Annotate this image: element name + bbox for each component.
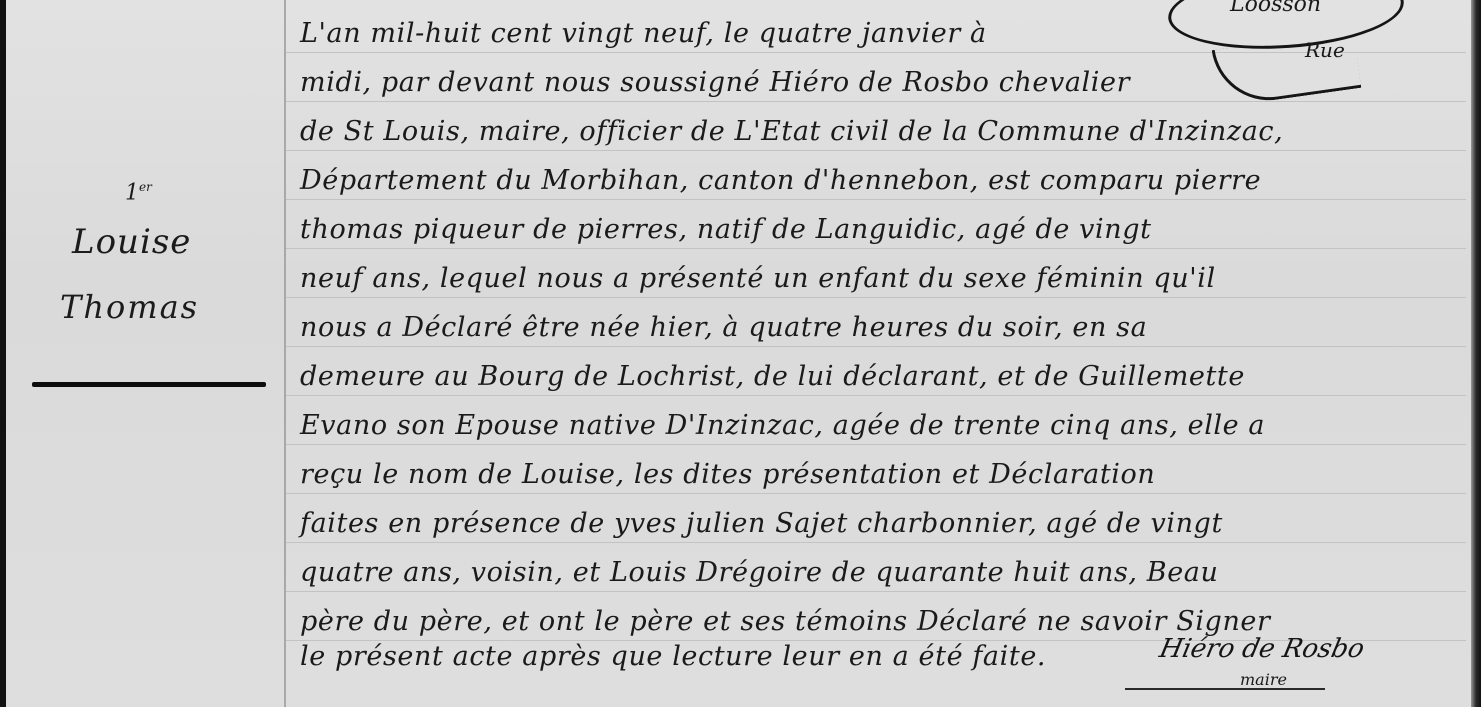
margin-rule bbox=[284, 0, 286, 707]
record-line: nous a Déclaré être née hier, à quatre h… bbox=[300, 312, 1147, 343]
record-line: le présent acte après que lecture leur e… bbox=[300, 641, 1046, 672]
ruled-line bbox=[286, 346, 1466, 347]
record-line: midi, par devant nous soussigné Hiéro de… bbox=[300, 67, 1130, 98]
record-line: Département du Morbihan, canton d'henneb… bbox=[300, 165, 1261, 196]
record-line: de St Louis, maire, officier de L'Etat c… bbox=[300, 116, 1283, 147]
ruled-line bbox=[286, 591, 1466, 592]
record-line: thomas piqueur de pierres, natif de Lang… bbox=[300, 214, 1152, 245]
stamp-text: Loosson bbox=[1230, 0, 1321, 17]
record-line: neuf ans, lequel nous a présenté un enfa… bbox=[300, 263, 1216, 294]
record-line: faites en présence de yves julien Sajet … bbox=[300, 508, 1223, 539]
record-line: demeure au Bourg de Lochrist, de lui déc… bbox=[300, 361, 1245, 392]
ruled-line bbox=[286, 542, 1466, 543]
record-line: L'an mil-huit cent vingt neuf, le quatre… bbox=[300, 18, 987, 49]
ruled-line bbox=[286, 395, 1466, 396]
margin-last-name: Thomas bbox=[60, 288, 199, 326]
ruled-line bbox=[286, 444, 1466, 445]
margin-first-name: Louise bbox=[72, 222, 191, 262]
record-line: père du père, et ont le père et ses témo… bbox=[300, 606, 1271, 637]
signature-underline bbox=[1125, 688, 1325, 690]
document-page: 1er Louise Thomas Loosson Rue L'an mil-h… bbox=[0, 0, 1481, 707]
ruled-line bbox=[286, 150, 1466, 151]
record-line: quatre ans, voisin, et Louis Drégoire de… bbox=[300, 557, 1219, 588]
ruled-line bbox=[286, 297, 1466, 298]
entry-number-value: 1 bbox=[125, 180, 139, 205]
page-left-edge bbox=[0, 0, 6, 707]
flourish-text: Rue bbox=[1305, 38, 1345, 62]
page-right-edge bbox=[1471, 0, 1481, 707]
signature-title: maire bbox=[1240, 670, 1287, 689]
entry-number: 1er bbox=[125, 180, 152, 205]
mayor-signature: Hiéro de Rosbo bbox=[1157, 634, 1367, 664]
record-line: reçu le nom de Louise, les dites présent… bbox=[300, 459, 1155, 490]
entry-number-suffix: er bbox=[139, 180, 152, 194]
ruled-line bbox=[286, 248, 1466, 249]
margin-underline bbox=[32, 382, 266, 387]
record-line: Evano son Epouse native D'Inzinzac, agée… bbox=[300, 410, 1265, 441]
ruled-line bbox=[286, 493, 1466, 494]
ruled-line bbox=[286, 101, 1466, 102]
ruled-line bbox=[286, 199, 1466, 200]
